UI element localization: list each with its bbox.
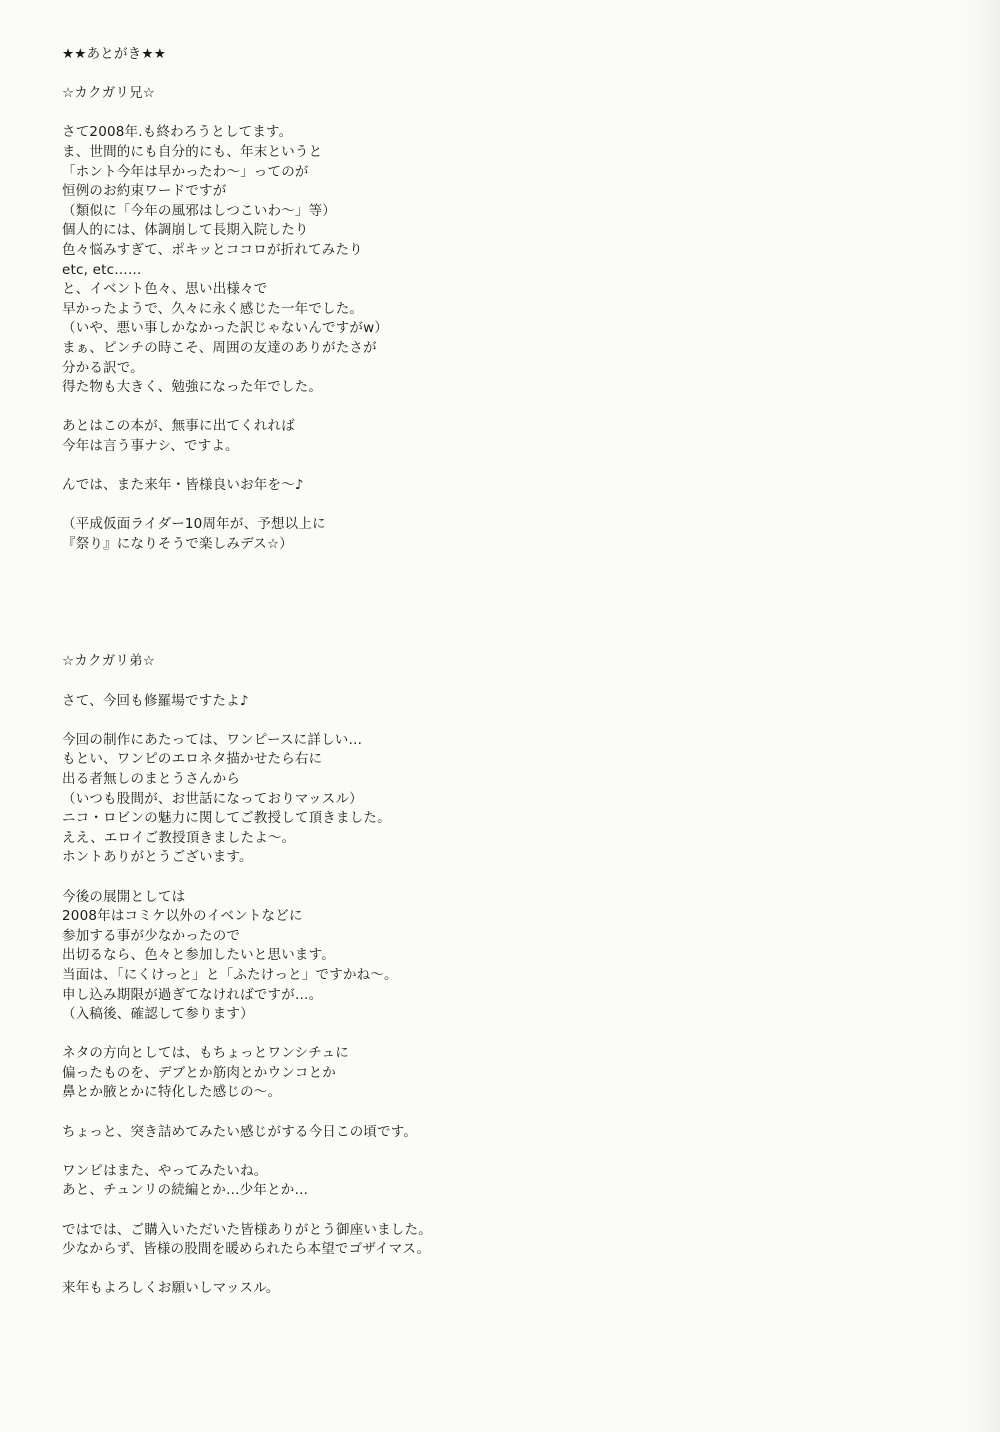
paragraph: ちょっと、突き詰めてみたい感じがする今日この頃です。 xyxy=(62,1123,942,1143)
spacer xyxy=(62,613,942,633)
text-line: etc, etc…… xyxy=(62,261,942,281)
text-line: ネタの方向としては、もちょっとワンシチュに xyxy=(62,1044,942,1064)
spacer xyxy=(62,711,942,731)
text-line: ニコ・ロビンの魅力に関してご教授して頂きました。 xyxy=(62,809,942,829)
text-line: 分かる訳で。 xyxy=(62,359,942,379)
text-line: 今回の制作にあたっては、ワンピースに詳しい… xyxy=(62,731,942,751)
text-line: 参加する事が少なかったので xyxy=(62,927,942,947)
text-line: 偏ったものを、デブとか筋肉とかウンコとか xyxy=(62,1064,942,1084)
text-line: もとい、ワンピのエロネタ描かせたら右に xyxy=(62,750,942,770)
spacer xyxy=(62,1025,942,1045)
text-line: （平成仮面ライダー10周年が、予想以上に xyxy=(62,515,942,535)
spacer xyxy=(62,574,942,594)
spacer xyxy=(62,868,942,888)
text-line: （類似に「今年の風邪はしつこいわ～」等） xyxy=(62,202,942,222)
text-line: 「ホント今年は早かったわ～」ってのが xyxy=(62,163,942,183)
afterword-document: ★★あとがき★★ ☆カクガリ兄☆ さて2008年.も終わろうとしてます。 ま、世… xyxy=(62,45,942,1299)
text-line: 色々悩みすぎて、ポキッとココロが折れてみたり xyxy=(62,241,942,261)
text-line: さて2008年.も終わろうとしてます。 xyxy=(62,123,942,143)
spacer xyxy=(62,496,942,516)
document-title: ★★あとがき★★ xyxy=(62,45,942,65)
text-line: んでは、また来年・皆様良いお年を～♪ xyxy=(62,476,942,496)
text-line: ええ、エロイご教授頂きましたよ～。 xyxy=(62,829,942,849)
paragraph: （平成仮面ライダー10周年が、予想以上に 『祭り』になりそうで楽しみデス☆） xyxy=(62,515,942,554)
page-edge-shadow xyxy=(960,0,1000,1432)
text-line: （入稿後、確認して参ります） xyxy=(62,1005,942,1025)
section-elder-brother: ☆カクガリ兄☆ さて2008年.も終わろうとしてます。 ま、世間的にも自分的にも… xyxy=(62,84,942,554)
text-line: ちょっと、突き詰めてみたい感じがする今日この頃です。 xyxy=(62,1123,942,1143)
text-line: 『祭り』になりそうで楽しみデス☆） xyxy=(62,535,942,555)
spacer xyxy=(62,1103,942,1123)
text-line: 恒例のお約束ワードですが xyxy=(62,182,942,202)
paragraph: ワンピはまた、やってみたいね。 あと、チュンリの続編とか…少年とか… xyxy=(62,1162,942,1201)
text-line: さて、今回も修羅場ですたよ♪ xyxy=(62,692,942,712)
text-line: 2008年はコミケ以外のイベントなどに xyxy=(62,907,942,927)
text-line: 鼻とか腋とかに特化した感じの～。 xyxy=(62,1083,942,1103)
text-line: 個人的には、体調崩して長期入院したり xyxy=(62,221,942,241)
text-line: （いや、悪い事しかなかった訳じゃないんですがw） xyxy=(62,319,942,339)
spacer xyxy=(62,456,942,476)
section-heading: ☆カクガリ弟☆ xyxy=(62,652,942,672)
text-line: 早かったようで、久々に永く感じた一年でした。 xyxy=(62,300,942,320)
paragraph: 今後の展開としては 2008年はコミケ以外のイベントなどに 参加する事が少なかっ… xyxy=(62,888,942,1025)
text-line: と、イベント色々、思い出様々で xyxy=(62,280,942,300)
spacer xyxy=(62,594,942,614)
paragraph: さて、今回も修羅場ですたよ♪ xyxy=(62,692,942,712)
text-line: あと、チュンリの続編とか…少年とか… xyxy=(62,1181,942,1201)
text-line: ワンピはまた、やってみたいね。 xyxy=(62,1162,942,1182)
text-line: 申し込み期限が過ぎてなければですが…。 xyxy=(62,986,942,1006)
spacer xyxy=(62,554,942,574)
text-line: 今後の展開としては xyxy=(62,888,942,908)
paragraph: あとはこの本が、無事に出てくれれば 今年は言う事ナシ、ですよ。 xyxy=(62,417,942,456)
section-heading: ☆カクガリ兄☆ xyxy=(62,84,942,104)
text-line: 出切るなら、色々と参加したいと思います。 xyxy=(62,946,942,966)
text-line: 出る者無しのまとうさんから xyxy=(62,770,942,790)
paragraph: 今回の制作にあたっては、ワンピースに詳しい… もとい、ワンピのエロネタ描かせたら… xyxy=(62,731,942,868)
text-line: あとはこの本が、無事に出てくれれば xyxy=(62,417,942,437)
text-line: 来年もよろしくお願いしマッスル。 xyxy=(62,1279,942,1299)
section-younger-brother: ☆カクガリ弟☆ さて、今回も修羅場ですたよ♪ 今回の制作にあたっては、ワンピース… xyxy=(62,652,942,1299)
spacer xyxy=(62,398,942,418)
paragraph: 来年もよろしくお願いしマッスル。 xyxy=(62,1279,942,1299)
spacer xyxy=(62,1260,942,1280)
text-line: （いつも股間が、お世話になっておりマッスル） xyxy=(62,790,942,810)
paragraph: ネタの方向としては、もちょっとワンシチュに 偏ったものを、デブとか筋肉とかウンコ… xyxy=(62,1044,942,1103)
text-line: まぁ、ピンチの時こそ、周囲の友達のありがたさが xyxy=(62,339,942,359)
spacer xyxy=(62,1142,942,1162)
text-line: 少なからず、皆様の股間を暖められたら本望でゴザイマス。 xyxy=(62,1240,942,1260)
text-line: 得た物も大きく、勉強になった年でした。 xyxy=(62,378,942,398)
spacer xyxy=(62,104,942,124)
paragraph: さて2008年.も終わろうとしてます。 ま、世間的にも自分的にも、年末というと … xyxy=(62,123,942,397)
spacer xyxy=(62,1201,942,1221)
spacer xyxy=(62,633,942,653)
paragraph: んでは、また来年・皆様良いお年を～♪ xyxy=(62,476,942,496)
text-line: 今年は言う事ナシ、ですよ。 xyxy=(62,437,942,457)
text-line: ではでは、ご購入いただいた皆様ありがとう御座いました。 xyxy=(62,1221,942,1241)
text-line: ホントありがとうございます。 xyxy=(62,848,942,868)
text-line: ま、世間的にも自分的にも、年末というと xyxy=(62,143,942,163)
text-line: 当面は、「にくけっと」と「ふたけっと」ですかね～。 xyxy=(62,966,942,986)
spacer xyxy=(62,672,942,692)
paragraph: ではでは、ご購入いただいた皆様ありがとう御座いました。 少なからず、皆様の股間を… xyxy=(62,1221,942,1260)
spacer xyxy=(62,65,942,85)
